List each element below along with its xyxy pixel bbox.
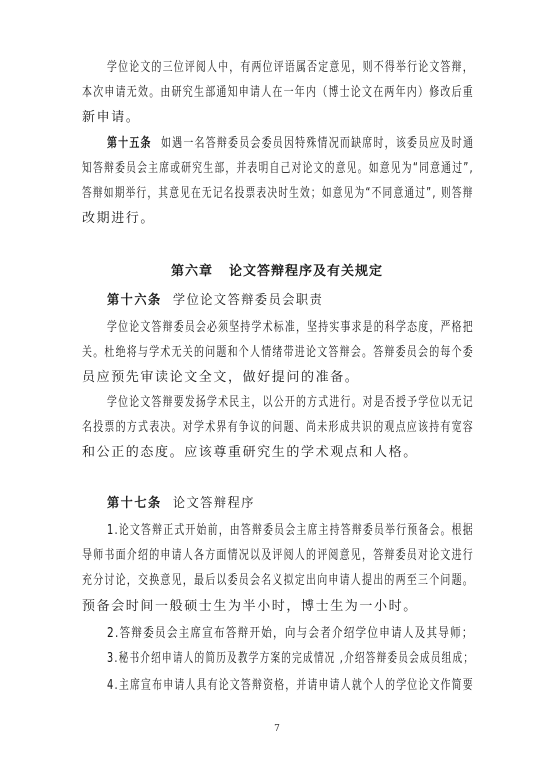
article-16-label: 第十六条 <box>107 293 162 308</box>
article-16-heading: 第十六条学位论文答辩委员会职责 <box>107 293 474 309</box>
chapter-heading: 第六章论文答辩程序及有关规定 <box>0 264 554 280</box>
article-17-heading: 第十七条论文答辩程序 <box>107 496 474 512</box>
text-line: 导师书面介绍的申请人各方面情况以及评阅人的评阅意见，答辩委员对论文进行 <box>82 548 383 564</box>
text-segment: 如遇一名答辩委员会委员因特殊情况而缺席时，该委员应及时通 <box>161 136 474 151</box>
text-line: 知答辩委员会主席或研究生部，并表明自己对论文的意见。如意见为“同意通过”, <box>82 161 378 177</box>
text-line: 新申请。 <box>82 110 474 126</box>
text-line: 和公正的态度。应该尊重研究生的学术观点和人格。 <box>82 445 474 461</box>
article-15-label: 第十五条 <box>107 136 152 151</box>
text-line: 预备会时间一般硕士生为半小时，博士生为一小时。 <box>82 599 474 615</box>
article-17-label: 第十七条 <box>107 496 162 511</box>
text-line: 员应预先审读论文全文，做好提问的准备。 <box>82 370 474 386</box>
page-number: 7 <box>0 724 554 734</box>
article-15-first-line: 第十五条如遇一名答辩委员会委员因特殊情况而缺席时，该委员应及时通 <box>107 136 407 152</box>
list-item-1: 1.论文答辩正式开始前，由答辩委员会主席主持答辩委员举行预备会。根据 <box>107 523 405 539</box>
chapter-number: 第六章 <box>171 264 213 279</box>
list-item-2: 2.答辩委员会主席宣布答辩开始，向与会者介绍学位申请人及其导师； <box>107 626 424 642</box>
text-line: 改期进行。 <box>82 211 474 227</box>
chapter-title: 论文答辩程序及有关规定 <box>229 264 383 279</box>
list-item-3: 3.秘书介绍申请人的简历及教学方案的完成情况 ,介绍答辩委员会成员组成； <box>107 651 398 667</box>
text-line: 名投票的方式表决。对学术界有争议的问题、尚未形成共识的观点应该持有宽容 <box>82 420 383 436</box>
document-page: 学位论文的三位评阅人中，有两位评语属否定意见，则不得举行论文答辩， 本次申请无效… <box>0 0 554 783</box>
text-line: 学位论文答辩委员会必须坚持学术标准，坚持实事求是的科学态度，严格把 <box>107 320 405 336</box>
list-item-4: 4.主席宣布申请人具有论文答辩资格，并请申请人就个人的学位论文作简要 <box>107 678 405 694</box>
text-line: 充分讨论，交换意见，最后以委员会名义拟定出向申请人提出的两至三个问题。 <box>82 573 383 589</box>
text-line: 学位论文的三位评阅人中，有两位评语属否定意见，则不得举行论文答辩， <box>107 60 405 76</box>
text-line: 学位论文答辩要发扬学术民主，以公开的方式进行。对是否授予学位以无记 <box>107 395 405 411</box>
text-line: 关。杜绝将与学术无关的问题和个人情绪带进论文答辩会。答辩委员会的每个委 <box>82 345 383 361</box>
text-line: 答辩如期举行，其意见在无记名投票表决时生效；如意见为“不同意通过”, 则答辩 <box>82 186 375 202</box>
article-16-title: 学位论文答辩委员会职责 <box>173 293 323 308</box>
text-line: 本次申请无效。由研究生部通知申请人在一年内（博士论文在两年内）修改后重 <box>82 85 383 101</box>
article-17-title: 论文答辩程序 <box>173 496 255 511</box>
